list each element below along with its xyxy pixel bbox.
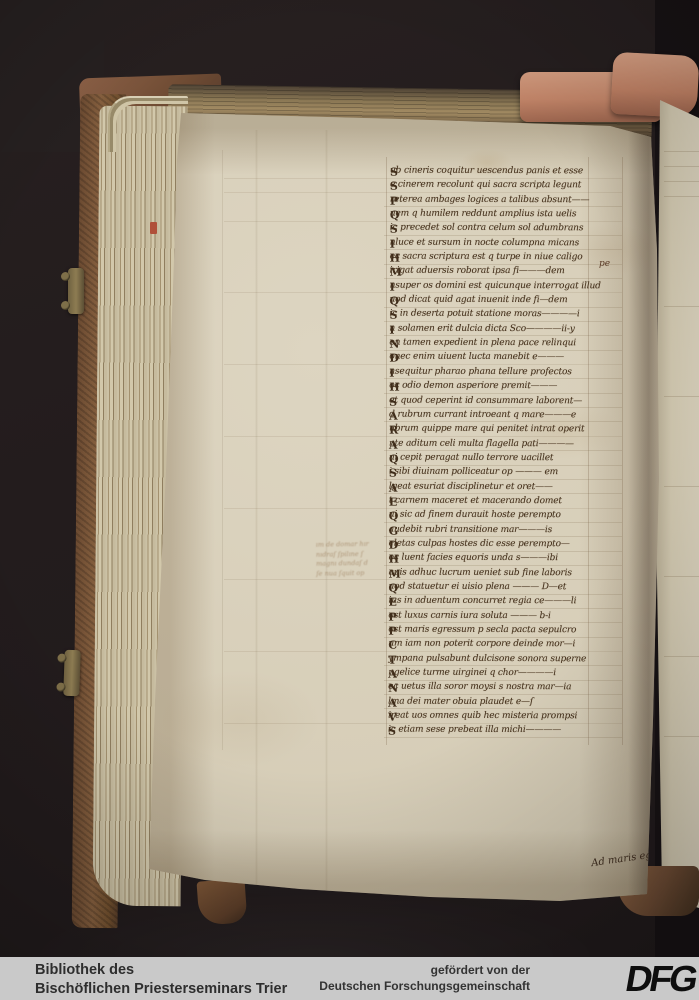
recto-ruling-line xyxy=(664,486,699,487)
verse-line: Nec uetus illa soror moysi s nostra mar—… xyxy=(388,682,628,697)
verse-text: ui cepit peragat nullo terrore uacillet xyxy=(389,452,553,463)
verse-line: Sic etiam sese prebeat illa michi———— xyxy=(388,725,628,740)
verse-line: Hoc odio demon asperiore premit——— xyxy=(389,381,629,396)
verse-text: oc odio demon asperiore premit——— xyxy=(389,381,557,392)
recto-ruling-lines xyxy=(656,96,699,908)
dfg-logo: DFG xyxy=(622,958,698,999)
verse-line: Ante aditum celi multa flagella pati———— xyxy=(389,438,629,453)
verse-line: Qui sic ad finem durauit hoste perempto xyxy=(389,510,629,525)
verse-line: Sic in deserta potuit statione moras————… xyxy=(389,309,629,324)
verse-line: Vireat uos omnes quib hec misteria promp… xyxy=(388,711,628,726)
verse-line: Preterea ambages logices a talibus absun… xyxy=(390,194,630,209)
verse-text-block: Sub cineris coquitur uescendus panis et … xyxy=(388,166,630,747)
library-name: Bibliothek des Bischöflichen Priestersem… xyxy=(35,961,287,998)
verse-text: lgeat esuriat disciplinetur et oret—— xyxy=(389,481,553,492)
spine-leather-cap-end xyxy=(610,52,699,118)
verse-text: ui sic ad finem durauit hoste perempto xyxy=(389,510,561,521)
verse-text: ec uetus illa soror moysi s nostra mar—i… xyxy=(388,682,571,693)
recto-ruling-line xyxy=(664,656,699,657)
recto-ruling-line xyxy=(664,736,699,737)
recto-ruling-line xyxy=(664,151,699,152)
verse-text: t carnem maceret et macerando domet xyxy=(389,495,562,506)
turned-pages-corner xyxy=(108,96,188,152)
verse-text: auis adhuc lucrum ueniet sub fine labori… xyxy=(389,567,572,578)
verse-line: Non tamen expedient in plena pace relinq… xyxy=(389,338,629,353)
verse-line: Mirigat aduersis roborat ipsa fi———dem xyxy=(390,266,630,281)
verse-text: ubrum quippe mare qui penitet intrat ope… xyxy=(389,424,584,435)
verse-text: ic in deserta potuit statione moras————i xyxy=(389,309,579,320)
page-marker-tab xyxy=(150,222,157,234)
parchment-fold-line xyxy=(255,130,258,890)
verse-text: ius in aduentum concurret regia ce———li xyxy=(388,596,576,607)
verse-line: Mauis adhuc lucrum ueniet sub fine labor… xyxy=(389,567,629,582)
verse-text: nsequitur pharao phana tellure profectos xyxy=(389,366,571,377)
verse-line: Quod dicat quid agat inuenit inde fi—dem xyxy=(390,295,630,310)
verse-line: Inluce et sursum in nocte columpna mican… xyxy=(390,237,630,252)
verse-line: Insuper os domini est quicunque interrog… xyxy=(390,280,630,295)
verse-text: n solamen erit dulcia dicta Sco————ii-y xyxy=(389,323,574,334)
verse-text: eletas culpas hostes dic esse perempto— xyxy=(389,539,570,550)
verse-text: audebit rubri transitione mar———is xyxy=(389,524,552,535)
verse-text: um iam non poterit corpore deinde mor—i xyxy=(388,639,575,650)
verse-line: Ad rubrum currant introeant q mare———e xyxy=(389,409,629,424)
library-banner: Bibliothek des Bischöflichen Priestersem… xyxy=(0,957,699,1000)
verse-text: uod dicat quid agat inuenit inde fi—dem xyxy=(390,295,568,306)
verse-text: ost maris egressum p secla pacta sepulcr… xyxy=(388,625,576,636)
verse-line: Post maris egressum p secla pacta sepulc… xyxy=(388,625,628,640)
verse-line: Angelice turme uirginei q chor————i xyxy=(388,668,628,683)
verse-line: Algeat esuriat disciplinetur et oret—— xyxy=(389,481,629,496)
verse-text: uem q humilem reddunt amplius ista uelis xyxy=(390,209,577,220)
verse-line: Gaudebit rubri transitione mar———is xyxy=(389,524,629,539)
verse-text: ec sacra scriptura est q turpe in niue c… xyxy=(390,252,583,263)
verse-text: nsuper os domini est quicunque interroga… xyxy=(390,280,601,291)
recto-ruling-line xyxy=(664,306,699,307)
library-name-line2: Bischöflichen Priesterseminars Trier xyxy=(35,981,287,997)
margin-note: pe xyxy=(599,259,610,269)
verse-text: ub cineris coquitur uescendus panis et e… xyxy=(390,166,583,177)
verse-text: on tamen expedient in plena pace relinqu… xyxy=(389,338,576,349)
digitized-manuscript-photo: Sub cineris coquitur uescendus panis et … xyxy=(0,0,699,1000)
verse-text: e cinerem recolunt qui sacra scripta leg… xyxy=(390,180,581,191)
verse-text: reterea ambages logices a talibus absunt… xyxy=(390,194,590,205)
parchment-fold-line xyxy=(325,130,328,890)
verse-text: ost luxus carnis iura soluta ——— b-i xyxy=(388,610,550,621)
verse-line: Hec sacra scriptura est q turpe in niue … xyxy=(390,252,630,267)
gloss-line: ſe nua ſquit op xyxy=(316,568,398,579)
funding-line2: Deutschen Forschungsgemeinschaft xyxy=(319,979,530,993)
verse-text: onec enim uiuent lucta manebit e——— xyxy=(389,352,564,363)
verse-line: Alma dei mater obuia plaudet e—ſ xyxy=(388,696,628,711)
verse-line: Se cinerem recolunt qui sacra scripta le… xyxy=(390,180,630,195)
verse-text: nte aditum celi multa flagella pati———— xyxy=(389,438,574,449)
verse-text: oc luent facies equoris unda s———ibi xyxy=(389,553,558,564)
verse-line: Sic precedet sol contra celum sol adumbr… xyxy=(390,223,630,238)
funding-line1: gefördert von der xyxy=(431,963,530,977)
verse-line: Cum iam non poterit corpore deinde mor—i xyxy=(388,639,628,654)
verse-line: Qui cepit peragat nullo terrore uacillet xyxy=(389,452,629,467)
verse-line: Deletas culpas hostes dic esse perempto— xyxy=(389,539,629,554)
verse-text: irigat aduersis roborat ipsa fi———dem xyxy=(390,266,565,277)
recto-ruling-line xyxy=(664,181,699,182)
book-clasp-lower xyxy=(63,650,81,697)
verse-text: d rubrum currant introeant q mare———e xyxy=(389,409,576,420)
verse-line: Quem q humilem reddunt amplius ista ueli… xyxy=(390,209,630,224)
verse-text: ireat uos omnes quib hec misteria promps… xyxy=(388,711,577,722)
book-clasp-upper xyxy=(68,268,84,314)
recto-ruling-line xyxy=(664,166,699,167)
verse-text: ic precedet sol contra celum sol adumbra… xyxy=(390,223,584,234)
verse-line: Post luxus carnis iura soluta ——— b-i xyxy=(388,610,628,625)
verse-line: Set quod ceperint id consummare laborent… xyxy=(389,395,629,410)
verse-line: Sub cineris coquitur uescendus panis et … xyxy=(390,166,630,181)
verse-text: lma dei mater obuia plaudet e—ſ xyxy=(388,696,533,707)
verse-text: et quod ceperint id consummare laborent— xyxy=(389,395,582,406)
verse-text: uod statuetur ei uisio plena ——— D—et xyxy=(389,582,567,593)
verse-line: In solamen erit dulcia dicta Sco————ii-y xyxy=(389,323,629,338)
verse-text: ympana pulsabunt dulcisone sonora supern… xyxy=(388,653,586,664)
verse-line: Hoc luent facies equoris unda s———ibi xyxy=(389,553,629,568)
facing-recto-page-edge xyxy=(656,96,699,908)
verse-text: i sibi diuinam polliceatur op ——— em xyxy=(389,467,558,478)
verse-line: Si sibi diuinam polliceatur op ——— em xyxy=(389,467,629,482)
verse-text: ic etiam sese prebeat illa michi———— xyxy=(388,725,561,736)
verse-line: Et carnem maceret et macerando domet xyxy=(389,495,629,510)
recto-ruling-line xyxy=(664,196,699,197)
verse-line: Quod statuetur ei uisio plena ——— D—et xyxy=(389,582,629,597)
verse-line: Tympana pulsabunt dulcisone sonora super… xyxy=(388,653,628,668)
marginal-gloss: ım de domar hırnıdraſ ſpilıne ſmagnı dun… xyxy=(316,539,399,578)
funding-credit: gefördert von der Deutschen Forschungsge… xyxy=(319,963,530,994)
library-name-line1: Bibliothek des xyxy=(35,962,134,978)
verse-line: Rubrum quippe mare qui penitet intrat op… xyxy=(389,424,629,439)
verse-text: ngelice turme uirginei q chor————i xyxy=(388,668,556,679)
verse-line: Donec enim uiuent lucta manebit e——— xyxy=(389,352,629,367)
ruling-vertical xyxy=(222,150,223,750)
recto-ruling-line xyxy=(664,576,699,577)
verse-line: Eius in aduentum concurret regia ce———li xyxy=(388,596,628,611)
verse-line: Insequitur pharao phana tellure profecto… xyxy=(389,366,629,381)
verse-text: nluce et sursum in nocte columpna micans xyxy=(390,237,579,248)
recto-ruling-line xyxy=(664,396,699,397)
